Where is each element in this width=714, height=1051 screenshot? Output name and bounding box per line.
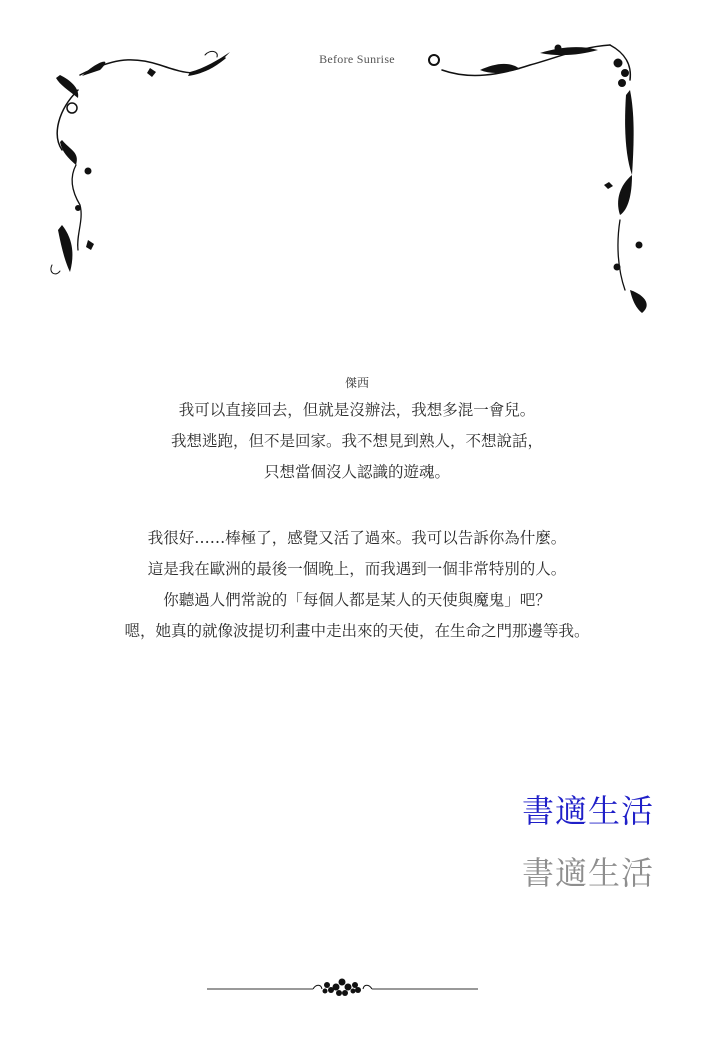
text-line: 我可以直接回去，但就是沒辦法，我想多混一會兒。: [0, 395, 714, 426]
paragraph-1: 我可以直接回去，但就是沒辦法，我想多混一會兒。 我想逃跑，但不是回家。我不想見到…: [0, 395, 714, 488]
floral-divider-icon: [205, 975, 480, 1001]
text-line: 我很好……棒極了，感覺又活了過來。我可以告訴你為什麼。: [0, 523, 714, 554]
text-line: 只想當個沒人認識的遊魂。: [0, 457, 714, 488]
text-line: 這是我在歐洲的最後一個晚上，而我遇到一個非常特別的人。: [0, 554, 714, 585]
speaker-name: 傑西: [0, 374, 714, 391]
text-line: 嗯，她真的就像波提切利畫中走出來的天使，在生命之門那邊等我。: [0, 616, 714, 647]
corner-flourish-top-right-icon: [420, 35, 660, 320]
watermark-blue: 書適生活: [522, 786, 654, 832]
corner-flourish-top-left-icon: [40, 40, 240, 280]
text-line: 我想逃跑，但不是回家。我不想見到熟人，不想說話，: [0, 426, 714, 457]
running-head: Before Sunrise: [0, 52, 714, 67]
watermark-gray: 書適生活: [522, 848, 654, 894]
paragraph-2: 我很好……棒極了，感覺又活了過來。我可以告訴你為什麼。 這是我在歐洲的最後一個晚…: [0, 523, 714, 647]
text-line: 你聽過人們常說的「每個人都是某人的天使與魔鬼」吧？: [0, 585, 714, 616]
